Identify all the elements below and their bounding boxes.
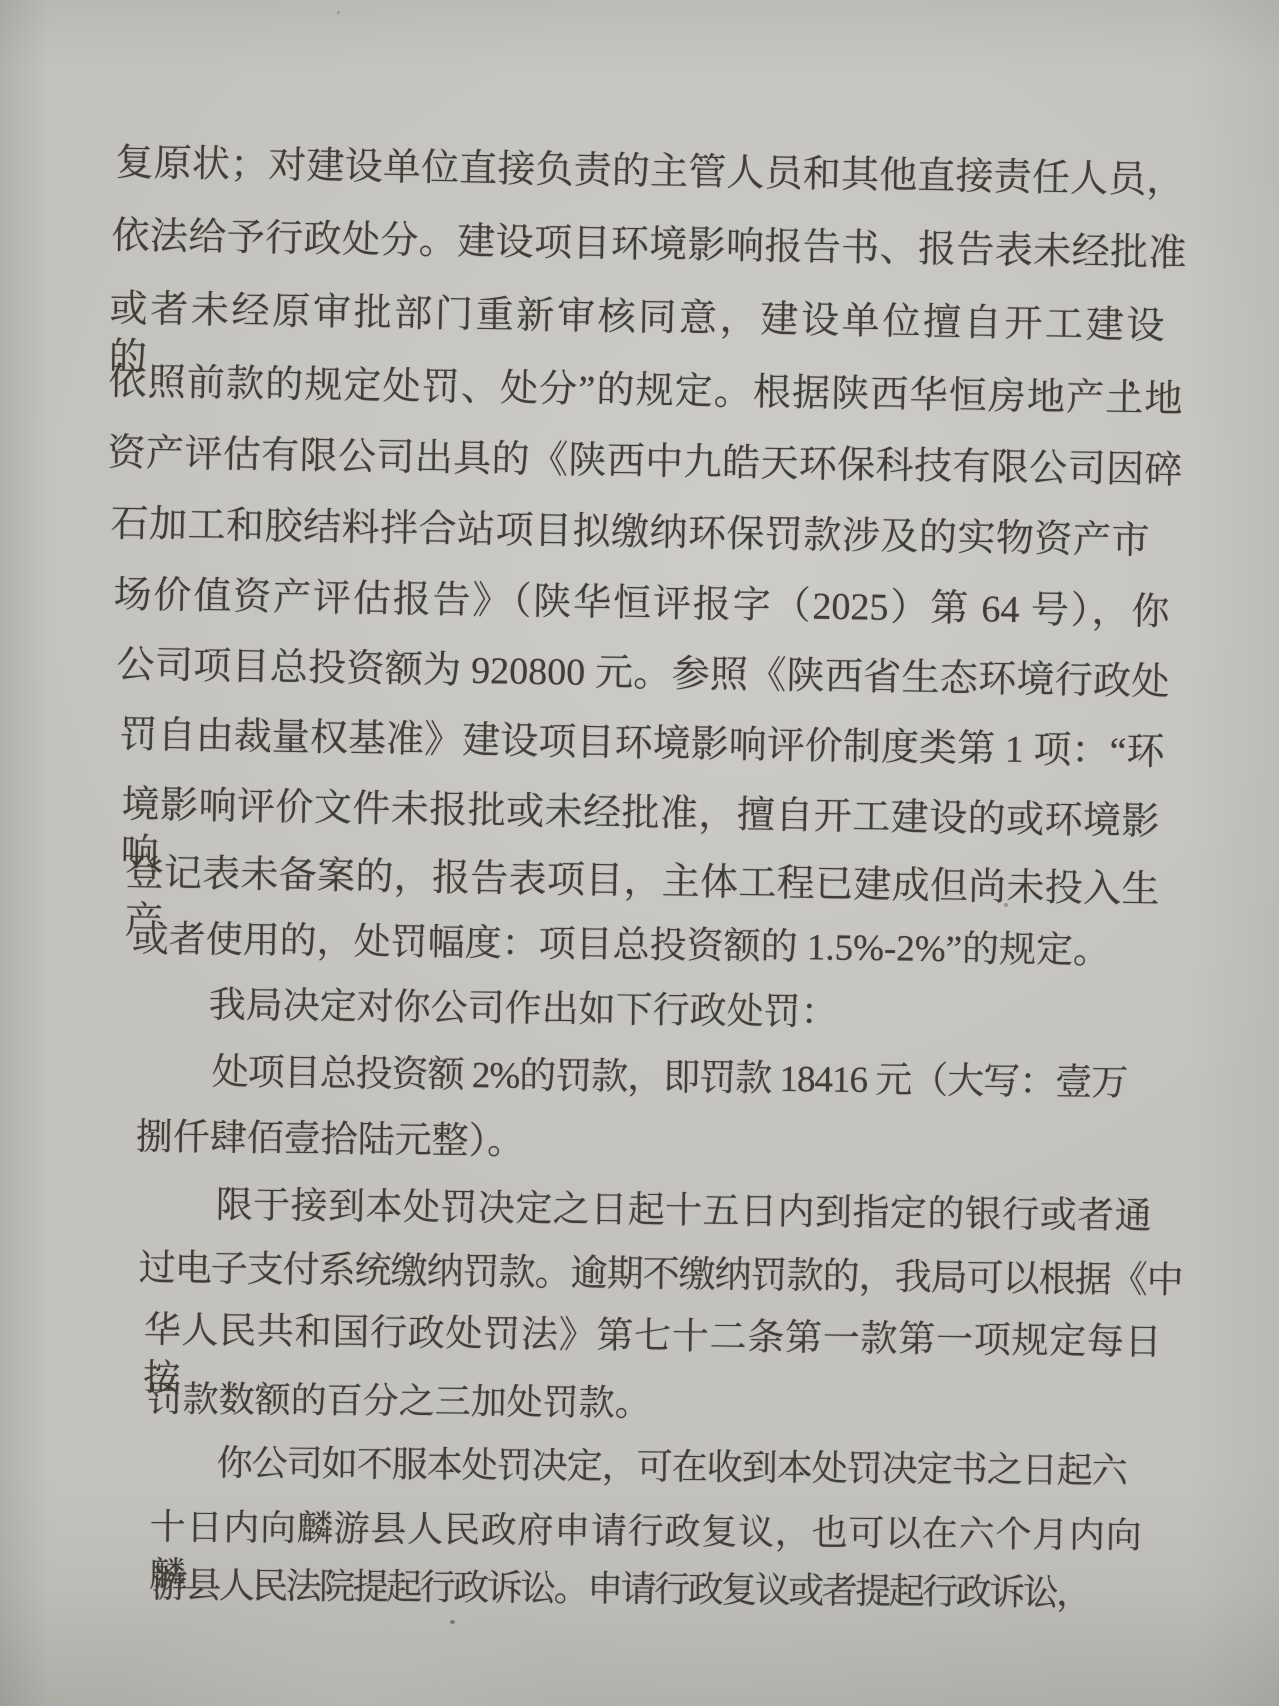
- text-line: 公司项目总投资额为 920800 元。参照《陕西省生态环境行政处: [116, 641, 1170, 706]
- paper-speck: [862, 1338, 865, 1341]
- document-text: 复原状；对建设单位直接负责的主管人员和其他直接责任人员， 依法给予行政处分。建设…: [0, 0, 1279, 1706]
- text-line: 限于接到本处罚决定之日起十五日内到指定的银行或者通: [215, 1182, 1152, 1241]
- text-line: 过电子支付系统缴纳罚款。逾期不缴纳罚款的，我局可以根据《中: [138, 1245, 1183, 1306]
- text-line: 复原状；对建设单位直接负责的主管人员和其他直接责任人员，: [115, 139, 1185, 205]
- text-line: 我局决定对你公司作出如下行政处罚：: [208, 982, 838, 1038]
- text-line: 处项目总投资额 2%的罚款，即罚款 18416 元（大写：壹万: [211, 1049, 1127, 1108]
- text-line: 捌仟肆佰壹拾陆元整）。: [135, 1114, 524, 1167]
- paper-speck: [337, 11, 340, 14]
- paper-speck: [450, 1620, 455, 1624]
- text-line: 罚款数额的百分之三加处罚款。: [147, 1375, 651, 1427]
- text-line: 石加工和胶结料拌合站项目拟缴纳环保罚款涉及的实物资产市: [110, 500, 1150, 565]
- text-line: 游县人民法院提起行政诉讼。申请行政复议或者提起行政诉讼，: [152, 1561, 1090, 1617]
- paper-speck: [1004, 903, 1008, 907]
- text-line: 罚自由裁量权基准》建设项目环境影响评价制度类第 1 项：“环: [119, 711, 1165, 776]
- document-photo: 复原状；对建设单位直接负责的主管人员和其他直接责任人员， 依法给予行政处分。建设…: [0, 0, 1279, 1706]
- text-line: 资产评估有限公司出具的《陕西中九皓天环保科技有限公司因碎: [107, 429, 1183, 495]
- text-line: 你公司如不服本处罚决定，可在收到本处罚决定书之日起六: [217, 1439, 1127, 1495]
- text-line: 场价值资产评估报告》（陕华恒评报字（2025）第 64 号），你: [113, 571, 1170, 637]
- text-line: 依法给予行政处分。建设项目环境影响报告书、报告表未经批准: [111, 212, 1187, 278]
